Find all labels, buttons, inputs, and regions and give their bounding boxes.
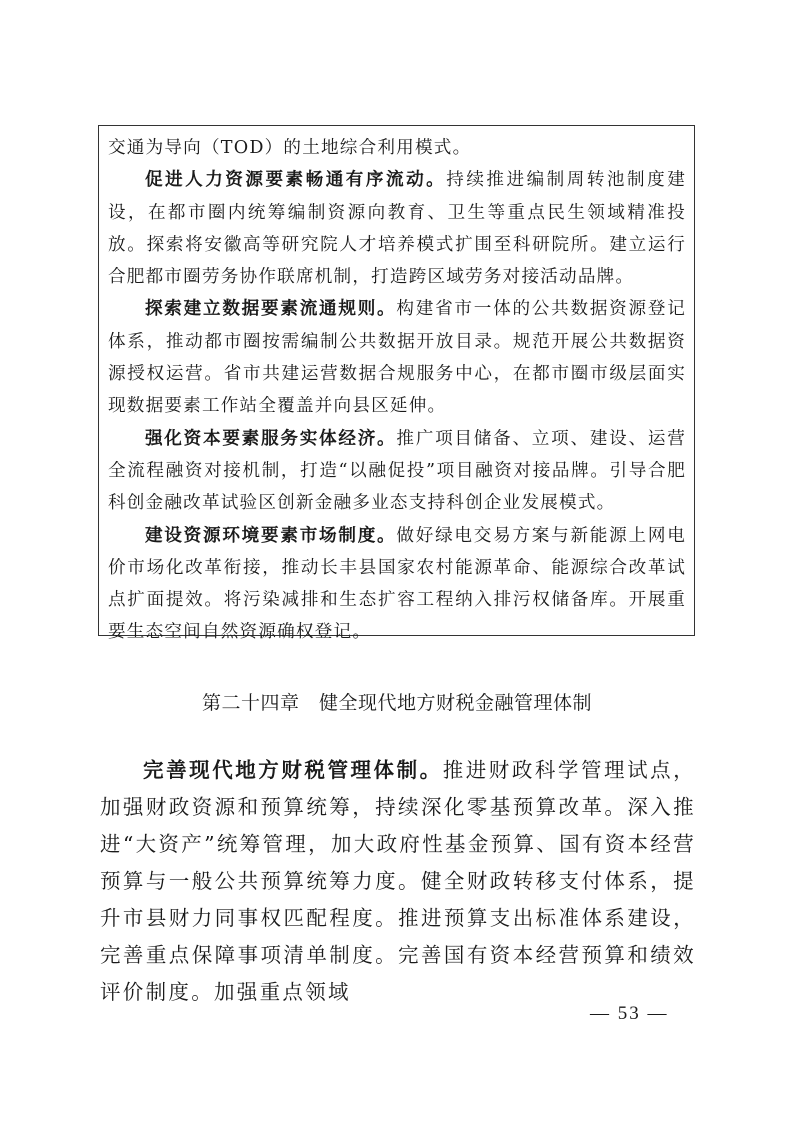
policy-text-box: 交通为导向（TOD）的土地综合利用模式。 促进人力资源要素畅通有序流动。持续推进… [98,125,695,636]
box-paragraph-capital: 强化资本要素服务实体经济。推广项目储备、立项、建设、运营全流程融资对接机制，打造… [108,423,686,520]
box-paragraph-tod: 交通为导向（TOD）的土地综合利用模式。 [108,132,686,164]
body-paragraph-fiscal: 完善现代地方财税管理体制。推进财政科学管理试点，加强财政资源和预算统筹，持续深化… [100,752,696,1011]
box-paragraph-data-elements: 探索建立数据要素流通规则。构建省市一体的公共数据资源登记体系，推动都市圈按需编制… [108,293,686,422]
paragraph-heading: 探索建立数据要素流通规则。 [145,298,396,319]
box-paragraph-human-resources: 促进人力资源要素畅通有序流动。持续推进编制周转池制度建设，在都市圈内统筹编制资源… [108,164,686,293]
body-text: 完善现代地方财税管理体制。推进财政科学管理试点，加强财政资源和预算统筹，持续深化… [100,752,696,1011]
paragraph-heading: 建设资源环境要素市场制度。 [145,525,396,546]
box-paragraph-environment: 建设资源环境要素市场制度。做好绿电交易方案与新能源上网电价市场化改革衔接，推动长… [108,520,686,649]
chapter-title: 第二十四章 健全现代地方财税金融管理体制 [0,688,794,715]
paragraph-heading: 完善现代地方财税管理体制。 [143,758,443,782]
paragraph-body: 推进财政科学管理试点，加强财政资源和预算统筹，持续深化零基预算改革。深入推进“大… [100,758,696,1004]
page-number: — 53 — [590,1003,669,1025]
paragraph-heading: 促进人力资源要素畅通有序流动。 [145,169,446,190]
paragraph-heading: 强化资本要素服务实体经济。 [145,428,396,449]
